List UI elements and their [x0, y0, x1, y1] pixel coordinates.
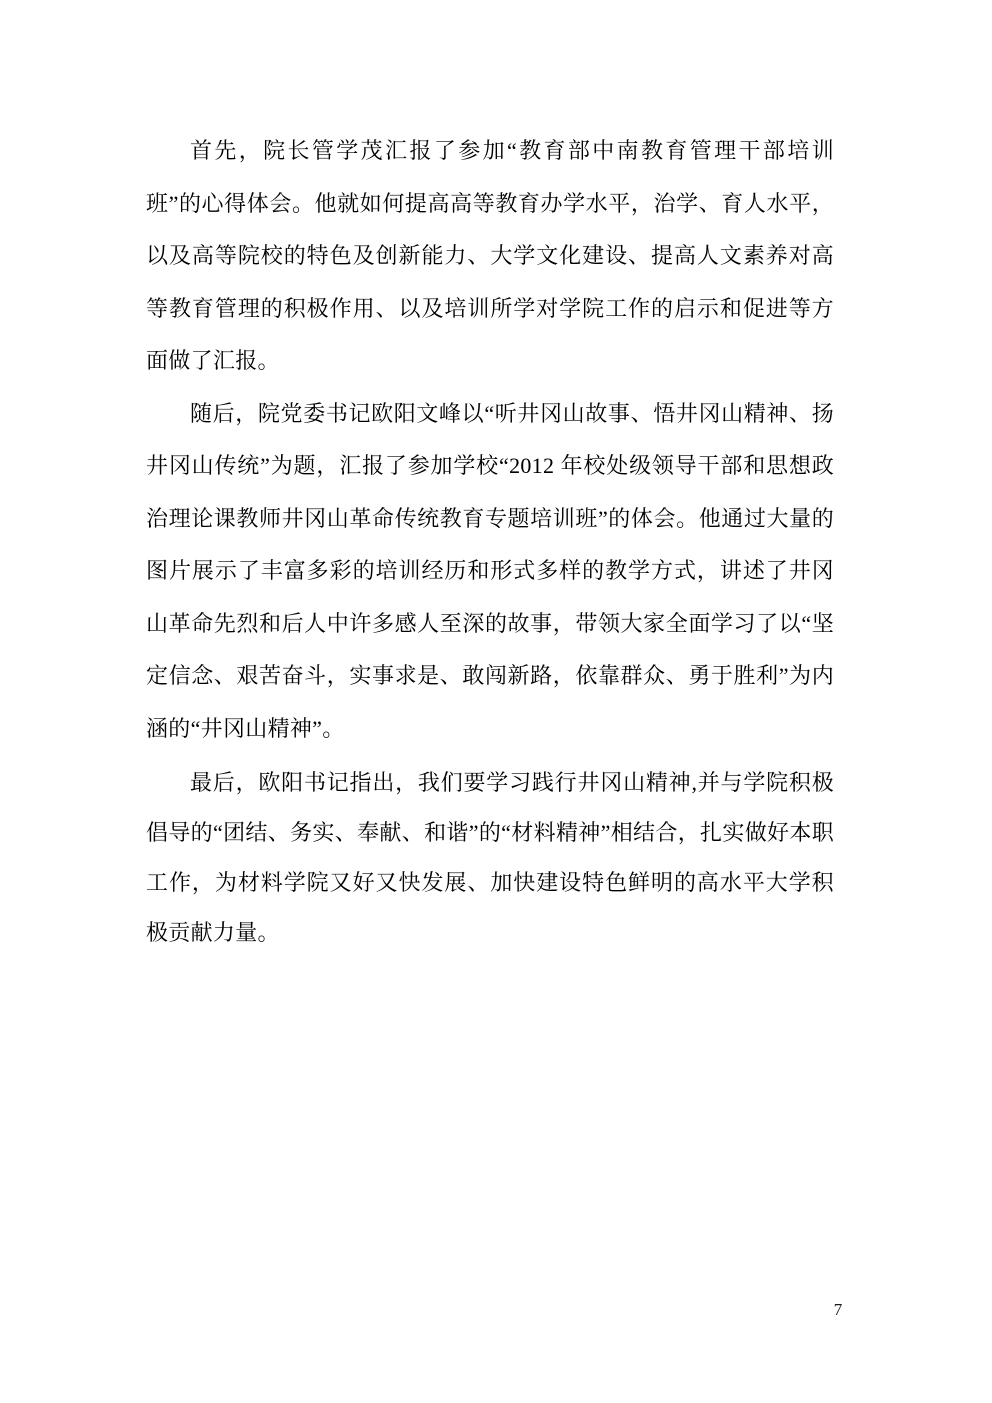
paragraph-1: 首先，院长管学茂汇报了参加“教育部中南教育管理干部培训班”的心得体会。他就如何提… — [146, 125, 834, 388]
paragraph-2: 随后，院党委书记欧阳文峰以“听井冈山故事、悟井冈山精神、扬井冈山传统”为题，汇报… — [146, 388, 834, 756]
document-body: 首先，院长管学茂汇报了参加“教育部中南教育管理干部培训班”的心得体会。他就如何提… — [146, 125, 834, 958]
document-page: 首先，院长管学茂汇报了参加“教育部中南教育管理干部培训班”的心得体会。他就如何提… — [0, 0, 992, 1403]
page-number: 7 — [806, 1299, 870, 1321]
paragraph-3: 最后，欧阳书记指出，我们要学习践行井冈山精神,并与学院积极倡导的“团结、务实、奉… — [146, 758, 834, 958]
